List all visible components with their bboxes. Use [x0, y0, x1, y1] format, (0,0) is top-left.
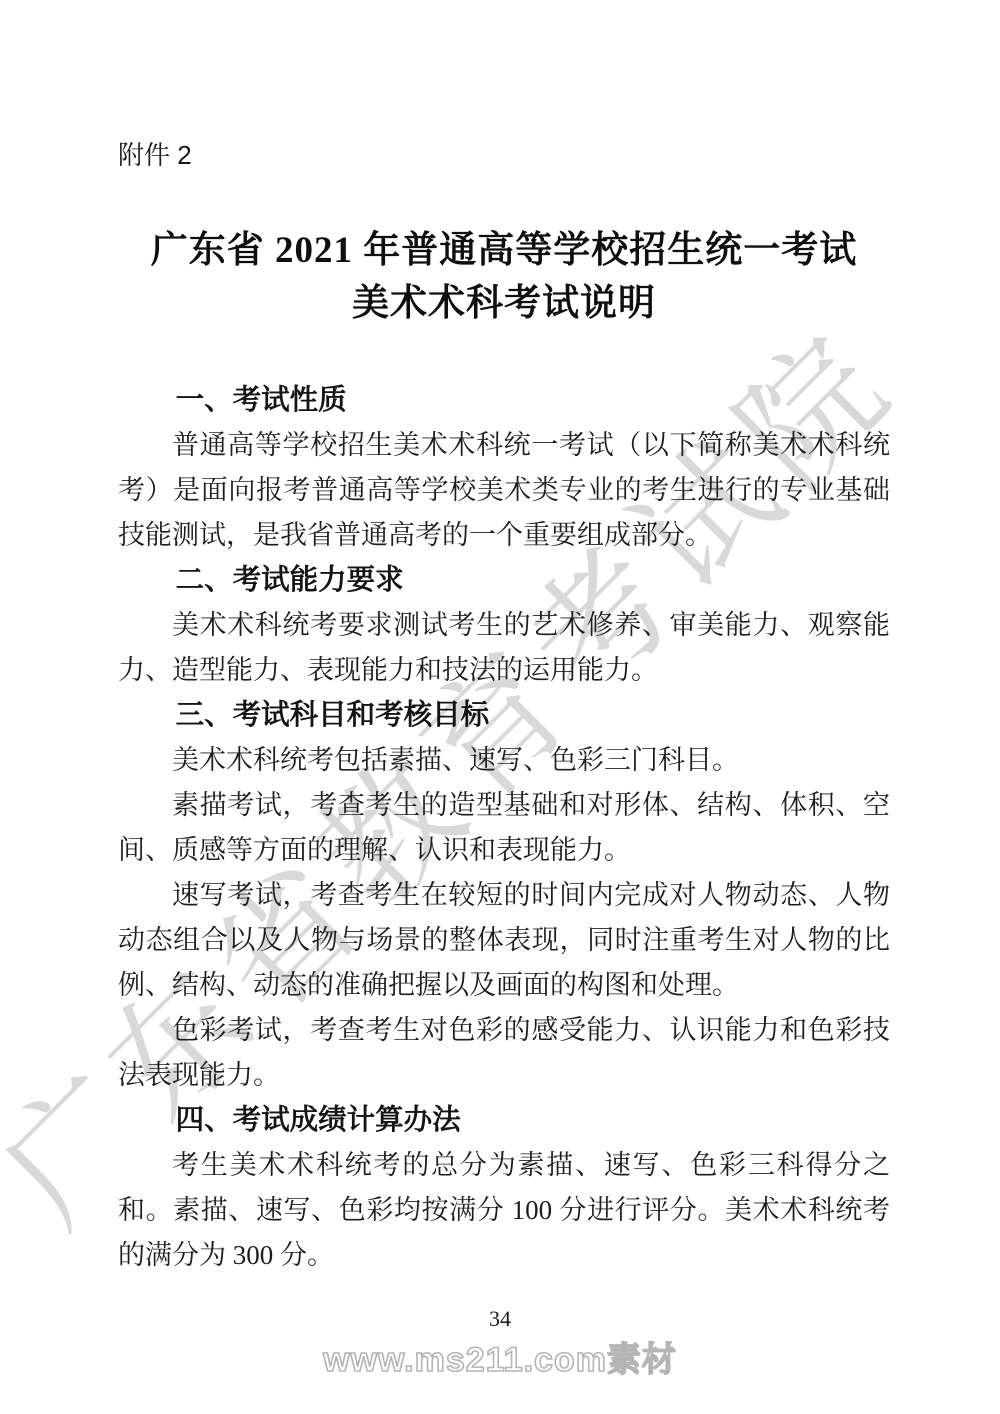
document-page: 广东省教育考试院 附件 2 广东省 2021 年普通高等学校招生统一考试 美术术…: [0, 0, 1000, 1414]
document-body: 一、考试性质 普通高等学校招生美术术科统一考试（以下简称美术术科统考）是面向报考…: [118, 378, 890, 1278]
document-title-line1: 广东省 2021 年普通高等学校招生统一考试: [118, 224, 890, 277]
document-title: 广东省 2021 年普通高等学校招生统一考试 美术术科考试说明: [118, 224, 890, 330]
section-heading-1: 一、考试性质: [118, 378, 890, 423]
paragraph: 美术术科统考要求测试考生的艺术修养、审美能力、观察能力、造型能力、表现能力和技法…: [118, 603, 890, 693]
attachment-label: 附件 2: [118, 138, 890, 172]
footer-watermark: www.ms211.com素材: [0, 1332, 1000, 1381]
page-number: 34: [0, 1306, 1000, 1332]
paragraph: 速写考试，考查考生在较短的时间内完成对人物动态、人物动态组合以及人物与场景的整体…: [118, 873, 890, 1008]
paragraph: 普通高等学校招生美术术科统一考试（以下简称美术术科统考）是面向报考普通高等学校美…: [118, 423, 890, 558]
section-heading-2: 二、考试能力要求: [118, 558, 890, 603]
section-heading-3: 三、考试科目和考核目标: [118, 693, 890, 738]
document-title-line2: 美术术科考试说明: [118, 277, 890, 330]
paragraph: 考生美术术科统考的总分为素描、速写、色彩三科得分之和。素描、速写、色彩均按满分 …: [118, 1143, 890, 1278]
section-heading-4: 四、考试成绩计算办法: [118, 1098, 890, 1143]
paragraph: 色彩考试，考查考生对色彩的感受能力、认识能力和色彩技法表现能力。: [118, 1008, 890, 1098]
document-content: 附件 2 广东省 2021 年普通高等学校招生统一考试 美术术科考试说明 一、考…: [118, 0, 890, 1278]
paragraph: 美术术科统考包括素描、速写、色彩三门科目。: [118, 738, 890, 783]
paragraph: 素描考试，考查考生的造型基础和对形体、结构、体积、空间、质感等方面的理解、认识和…: [118, 783, 890, 873]
